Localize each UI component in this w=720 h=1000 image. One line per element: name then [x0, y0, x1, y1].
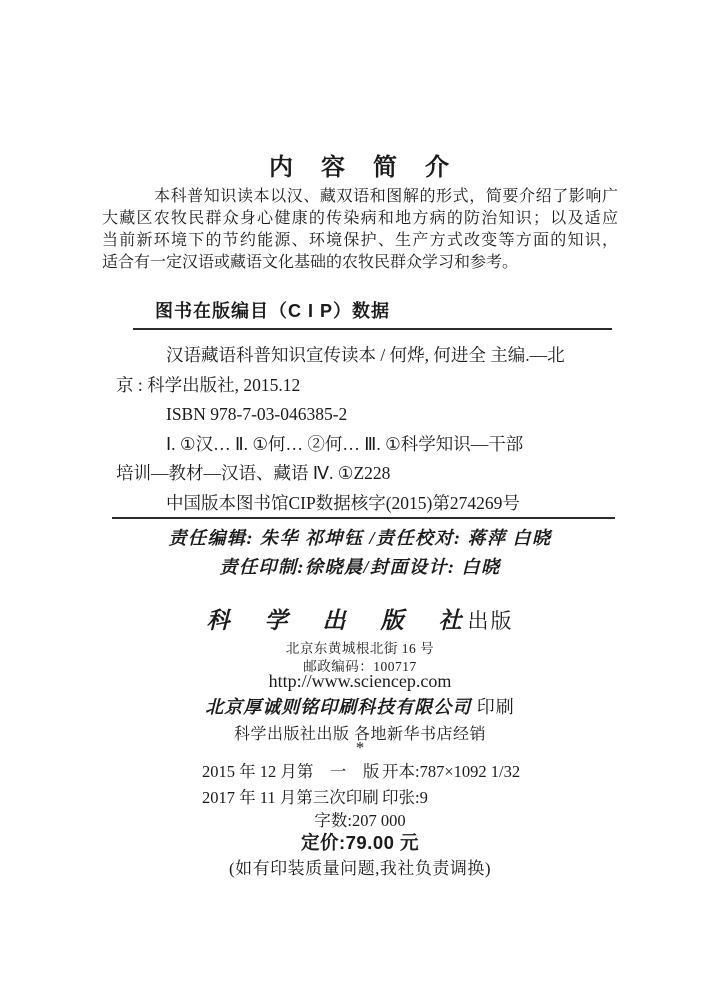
- cip-classification-line: Ⅰ. ①汉… Ⅱ. ①何… ②何… Ⅲ. ①科学知识—干部: [116, 430, 618, 460]
- sheet-count: 印张:9: [382, 784, 428, 808]
- cip-bottom-rule: [112, 517, 615, 519]
- format-size: 开本:787×1092 1/32: [382, 758, 520, 782]
- printing-details: 2015 年 12 月第 一 版 开本:787×1092 1/32 2017 年…: [202, 757, 622, 809]
- printed-by-label: 印刷: [471, 697, 515, 717]
- impression-row: 2017 年 11 月第三次印刷 印张:9: [202, 783, 622, 809]
- summary-line: 本科普知识读本以汉、藏双语和图解的形式，简要介绍了影响广: [102, 186, 618, 208]
- cip-publisher-line: 京 : 科学出版社, 2015.12: [116, 371, 618, 401]
- publish-label: 出版: [468, 609, 514, 633]
- edition-date: 2015 年 12 月第 一 版: [202, 758, 382, 782]
- printer-company-name: 北京厚诚则铭印刷科技有限公司: [205, 697, 471, 717]
- price: 定价:79.00 元: [0, 829, 720, 855]
- staff-editors-line: 责任编辑: 朱华 祁坤钰 /责任校对: 蒋萍 白晓: [0, 524, 720, 553]
- publisher-line: 科 学 出 版 社出版: [0, 602, 720, 635]
- publisher-website: http://www.sciencep.com: [0, 671, 720, 692]
- content-summary: 本科普知识读本以汉、藏双语和图解的形式，简要介绍了影响广 大藏区农牧民群众身心健…: [102, 186, 618, 274]
- staff-credits: 责任编辑: 朱华 祁坤钰 /责任校对: 蒋萍 白晓 责任印制:徐晓晨/封面设计:…: [0, 524, 720, 582]
- cip-top-rule: [133, 328, 612, 330]
- publisher-address: 北京东黄城根北街 16 号: [0, 637, 720, 657]
- science-press-logotype: 科 学 出 版 社: [207, 608, 468, 633]
- cip-data-block: 汉语藏语科普知识宣传读本 / 何烨, 何进全 主编.—北 京 : 科学出版社, …: [116, 341, 618, 518]
- cip-record-number: 中国版本图书馆CIP数据核字(2015)第274269号: [116, 489, 618, 519]
- word-count: 字数:207 000: [0, 807, 720, 831]
- copyright-page: 内 容 简 介 本科普知识读本以汉、藏双语和图解的形式，简要介绍了影响广 大藏区…: [0, 0, 720, 1000]
- summary-line: 当前新环境下的节约能源、环境保护、生产方式改变等方面的知识，: [102, 230, 618, 252]
- cip-isbn: ISBN 978-7-03-046385-2: [116, 400, 618, 430]
- page-title: 内 容 简 介: [0, 147, 720, 182]
- cip-classification-line: 培训—教材—汉语、藏语 Ⅳ. ①Z228: [116, 459, 618, 489]
- cip-title-line: 汉语藏语科普知识宣传读本 / 何烨, 何进全 主编.—北: [116, 341, 618, 371]
- staff-print-design-line: 责任印制:徐晓晨/封面设计: 白晓: [0, 553, 720, 582]
- section-divider-star: *: [0, 738, 720, 758]
- impression-date: 2017 年 11 月第三次印刷: [202, 784, 382, 808]
- edition-row: 2015 年 12 月第 一 版 开本:787×1092 1/32: [202, 757, 622, 783]
- printer-line: 北京厚诚则铭印刷科技有限公司 印刷: [0, 693, 720, 719]
- summary-line: 适合有一定汉语或藏语文化基础的农牧民群众学习和参考。: [102, 252, 618, 274]
- summary-line: 大藏区农牧民群众身心健康的传染病和地方病的防治知识；以及适应: [102, 208, 618, 230]
- quality-exchange-notice: (如有印装质量问题,我社负责调换): [0, 854, 720, 879]
- cip-header: 图书在版编目（C I P）数据: [155, 297, 390, 323]
